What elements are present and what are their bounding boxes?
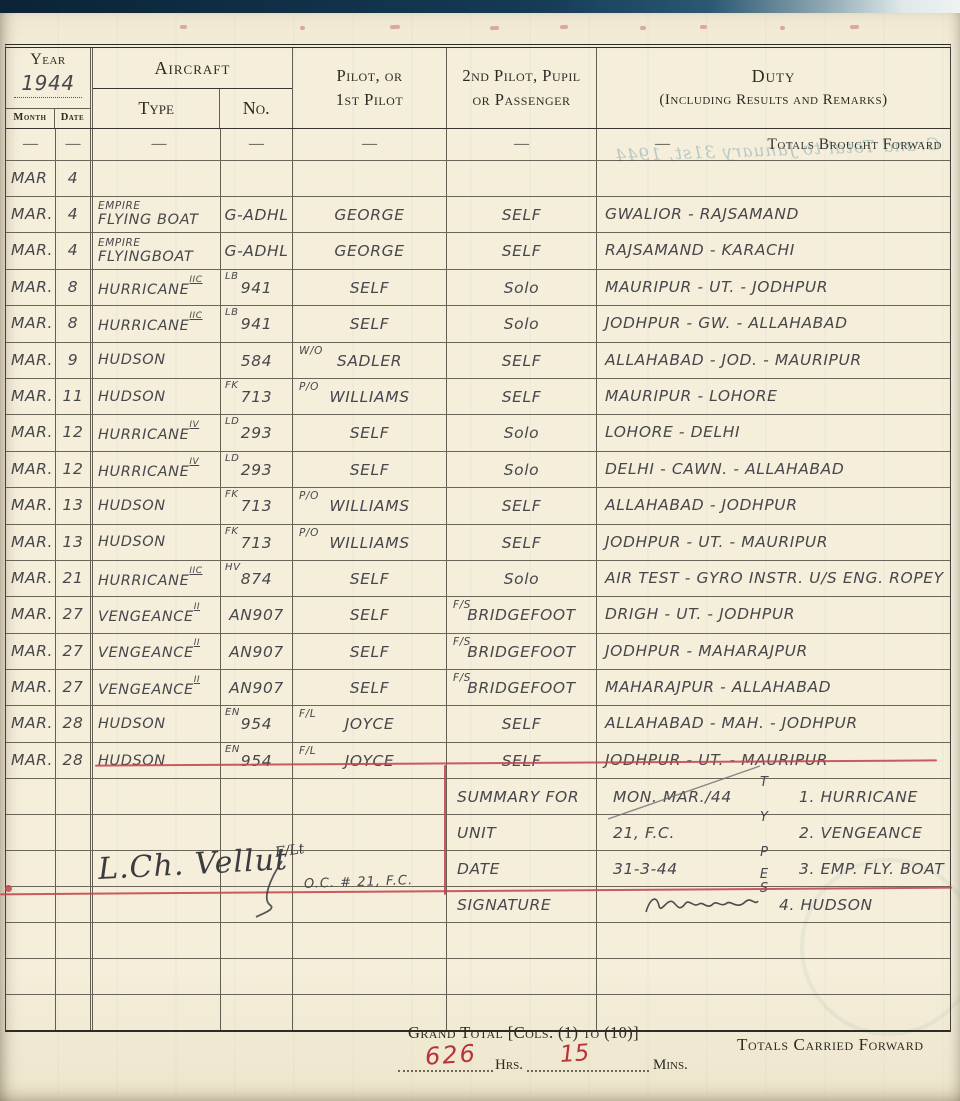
aircraft-no-cell: G-ADHL xyxy=(221,197,293,232)
duty-cell xyxy=(597,161,950,196)
pilot-cell: P/O WILLIAMS xyxy=(293,525,447,560)
flight-entry-row: MAR. 12 HURRICANEIV LD 293 SELF Solo DEL… xyxy=(6,452,950,488)
type-list-item-3: 3. EMP. FLY. BOAT xyxy=(799,852,944,886)
aircraft-no-cell: LD 293 xyxy=(221,452,293,487)
pilot-cell: SELF xyxy=(293,670,447,705)
date-cell: 13 xyxy=(56,488,93,523)
date-row: DATE 31-3-44 3. EMP. FLY. BOAT xyxy=(6,851,950,887)
date-cell: 13 xyxy=(56,525,93,560)
aircraft-no-cell xyxy=(221,959,293,994)
month-cell xyxy=(6,995,56,1030)
duty-cell: ALLAHABAD - JODHPUR xyxy=(597,488,950,523)
date-cell: 27 xyxy=(56,634,93,669)
serial-number: G-ADHL xyxy=(221,242,292,260)
types-vertical-letter: P xyxy=(757,845,771,860)
second-pilot-cell: SELF xyxy=(447,343,597,378)
month-cell: MAR. xyxy=(6,415,56,450)
pilot-label-line1: Pilot, or xyxy=(293,64,446,88)
pilot-cell: F/L JOYCE xyxy=(293,706,447,741)
duty-cell: ALLAHABAD - MAH. - JODHPUR xyxy=(597,706,950,741)
serial-prefix: LB xyxy=(225,271,239,282)
aircraft-no-cell: FK 713 xyxy=(221,488,293,523)
aircraft-type: HUDSON xyxy=(98,498,166,514)
red-vertical-rule xyxy=(444,765,446,895)
pilot-cell: SELF xyxy=(293,597,447,632)
date-cell xyxy=(56,995,93,1030)
serial-number: G-ADHL xyxy=(221,206,292,224)
pilot-cell xyxy=(293,923,447,958)
duty-cell: LOHORE - DELHI xyxy=(597,415,950,450)
minutes-label: Mins. xyxy=(653,1057,688,1074)
aircraft-no-cell: EN 954 xyxy=(221,706,293,741)
date-cell: 8 xyxy=(56,270,93,305)
aircraft-type-cell: HUDSON xyxy=(93,706,221,741)
duty-cell xyxy=(597,923,950,958)
flight-entry-row: MAR. 8 HURRICANEIIC LB 941 SELF Solo JOD… xyxy=(6,306,950,342)
flight-entry-row: MAR. 13 HUDSON FK 713 P/O WILLIAMS SELF … xyxy=(6,488,950,524)
aircraft-type: HUDSON xyxy=(98,716,166,732)
types-vertical-letter: E xyxy=(757,867,771,882)
aircraft-type-cell: HURRICANEIIC xyxy=(93,270,221,305)
month-cell xyxy=(6,923,56,958)
month-cell: MAR. xyxy=(6,379,56,414)
type-list-item-4: 4. HUDSON xyxy=(779,888,873,922)
logbook-page: Grand Total to January 31st, 1944 Year 1… xyxy=(0,13,960,1101)
flight-entry-row: MAR. 11 HUDSON FK 713 P/O WILLIAMS SELF … xyxy=(6,379,950,415)
flight-entry-row: MAR. 21 HURRICANEIIC HV 874 SELF Solo AI… xyxy=(6,561,950,597)
date-column-label: Date xyxy=(55,109,90,128)
date-cell: 4 xyxy=(56,233,93,268)
aircraft-type-cell: HURRICANEIV xyxy=(93,452,221,487)
duty-cell: ALLAHABAD - JOD. - MAURIPUR xyxy=(597,343,950,378)
duty-cell: DELHI - CAWN. - ALLAHABAD xyxy=(597,452,950,487)
summary-row: SUMMARY FOR MON. MAR./44 1. HURRICANE xyxy=(6,779,950,815)
duty-cell: AIR TEST - GYRO INSTR. U/S ENG. ROPEY xyxy=(597,561,950,596)
date-cell: 12 xyxy=(56,452,93,487)
aircraft-label: Aircraft xyxy=(93,48,292,89)
duty-cell xyxy=(597,995,950,1030)
second-pilot-cell: Solo xyxy=(447,270,597,305)
grand-total-hours-value: 626 xyxy=(424,1039,478,1071)
month-cell: MAR. xyxy=(6,488,56,523)
aircraft-no-cell: FK 713 xyxy=(221,379,293,414)
table-header-row: Year 1944 Month Date Aircraft Type No. P… xyxy=(6,48,950,129)
pilot-cell: SELF xyxy=(293,561,447,596)
second-pilot-cell xyxy=(447,923,597,958)
duty-cell: JODHPUR - GW. - ALLAHABAD xyxy=(597,306,950,341)
serial-prefix: LD xyxy=(225,453,239,464)
flight-entry-row: MAR. 27 VENGEANCEII AN907 SELF F/S BRIDG… xyxy=(6,597,950,633)
ink-smudge xyxy=(850,25,859,29)
duty-header-cell: Duty (Including Results and Remarks) xyxy=(597,48,950,128)
pilot-name: SELF xyxy=(293,279,446,297)
aircraft-type: HURRICANE xyxy=(98,427,189,443)
aircraft-type-cell xyxy=(93,161,221,196)
aircraft-mark: II xyxy=(194,638,200,648)
serial-number: AN907 xyxy=(221,679,292,697)
flight-entry-row: MAR. 4 EMPIRE FLYING BOAT G-ADHL GEORGE … xyxy=(6,197,950,233)
signature-scrawl xyxy=(643,892,761,918)
aircraft-type-cell: HUDSON xyxy=(93,743,221,778)
month-date-subheader: Month Date xyxy=(6,108,90,128)
pilot-cell: SELF xyxy=(293,270,447,305)
flight-entry-row: MAR. 4 EMPIRE FLYINGBOAT G-ADHL GEORGE S… xyxy=(6,233,950,269)
summary-label-cell: SUMMARY FOR xyxy=(447,779,597,814)
serial-prefix: FK xyxy=(225,489,239,500)
serial-prefix: FK xyxy=(225,380,239,391)
aircraft-no-cell xyxy=(221,161,293,196)
aircraft-type-cell xyxy=(93,923,221,958)
unit-label: UNIT xyxy=(447,824,496,842)
aircraft-type-cell xyxy=(93,851,221,886)
serial-prefix: LD xyxy=(225,416,239,427)
aircraft-type-cell xyxy=(93,815,221,850)
aircraft-type-cell: EMPIRE FLYINGBOAT xyxy=(93,233,221,268)
duty-label-line1: Duty xyxy=(597,64,950,88)
aircraft-type-cell: HUDSON xyxy=(93,379,221,414)
year-header-cell: Year 1944 Month Date xyxy=(6,48,93,128)
type-column-label: Type xyxy=(93,89,220,128)
second-pilot-cell: SELF xyxy=(447,743,597,778)
second-pilot-name: SELF xyxy=(447,352,596,370)
duty-cell: JODHPUR - UT. - MAURIPUR xyxy=(597,525,950,560)
flight-entry-row: MAR. 12 HURRICANEIV LD 293 SELF Solo LOH… xyxy=(6,415,950,451)
aircraft-no-cell: FK 713 xyxy=(221,525,293,560)
ink-smudge xyxy=(640,26,646,30)
month-cell: MAR. xyxy=(6,634,56,669)
aircraft-no-cell: AN907 xyxy=(221,634,293,669)
pilot-rank-prefix: F/L xyxy=(299,745,316,757)
month-cell: MAR. xyxy=(6,706,56,741)
ink-smudge xyxy=(490,26,499,30)
aircraft-type: HURRICANE xyxy=(98,573,189,589)
month-column-label: Month xyxy=(6,109,55,128)
serial-number: AN907 xyxy=(221,606,292,624)
pilot-cell: SELF xyxy=(293,634,447,669)
month-cell xyxy=(6,851,56,886)
date-cell: 21 xyxy=(56,561,93,596)
aircraft-no-cell: LB 941 xyxy=(221,270,293,305)
aircraft-type-cell: VENGEANCEII xyxy=(93,597,221,632)
second-pilot-name: Solo xyxy=(447,424,596,442)
pilot-name: GEORGE xyxy=(293,242,446,260)
date-cell: 11 xyxy=(56,379,93,414)
ink-smudge xyxy=(180,25,187,29)
second-pilot-cell: F/S BRIDGEFOOT xyxy=(447,634,597,669)
totals-brought-forward-row: — — — — — — — Totals Brought Forward xyxy=(6,129,950,161)
aircraft-mark: IIC xyxy=(189,311,202,321)
aircraft-type: HURRICANE xyxy=(98,463,189,479)
ink-smudge xyxy=(700,25,707,29)
serial-number: 584 xyxy=(221,352,292,370)
pilot-cell: GEORGE xyxy=(293,197,447,232)
year-value: 1944 xyxy=(14,71,81,98)
ink-smudge xyxy=(390,25,400,29)
month-cell xyxy=(6,779,56,814)
flight-entry-row: MAR. 27 VENGEANCEII AN907 SELF F/S BRIDG… xyxy=(6,670,950,706)
aircraft-type-line1: EMPIRE xyxy=(98,238,220,249)
grand-total-label: Grand Total [Cols. (1) to (10)] xyxy=(408,1023,639,1043)
duty-cell: MAURIPUR - UT. - JODHPUR xyxy=(597,270,950,305)
date-cell: — xyxy=(56,129,93,160)
date-cell: 4 xyxy=(56,161,93,196)
duty-cell: DRIGH - UT. - JODHPUR xyxy=(597,597,950,632)
date-cell: 12 xyxy=(56,415,93,450)
date-cell: 28 xyxy=(56,743,93,778)
book-binding-edge xyxy=(0,0,960,13)
second-pilot-cell: Solo xyxy=(447,415,597,450)
month-cell: MAR. xyxy=(6,670,56,705)
pilot-rank-prefix: P/O xyxy=(299,527,319,539)
month-cell: MAR. xyxy=(6,197,56,232)
duty-dash: — xyxy=(655,136,670,153)
aircraft-mark: II xyxy=(194,675,200,685)
signature-label-cell: SIGNATURE xyxy=(447,887,597,922)
aircraft-mark: IIC xyxy=(189,566,202,576)
second-pilot-cell xyxy=(447,161,597,196)
flight-entry-row: MAR. 13 HUDSON FK 713 P/O WILLIAMS SELF … xyxy=(6,525,950,561)
second-pilot-name: SELF xyxy=(447,388,596,406)
summary-value-cell: MON. MAR./44 1. HURRICANE xyxy=(597,779,950,814)
aircraft-type: HURRICANE xyxy=(98,318,189,334)
aircraft-type-cell: HURRICANEIIC xyxy=(93,306,221,341)
types-vertical-letter: Y xyxy=(757,810,771,825)
pilot-name: SELF xyxy=(293,424,446,442)
date-cell xyxy=(56,815,93,850)
pilot-cell: F/L JOYCE xyxy=(293,743,447,778)
types-vertical-letter: T xyxy=(757,775,771,790)
serial-prefix: FK xyxy=(225,526,239,537)
aircraft-no-cell: AN907 xyxy=(221,670,293,705)
date-cell: 28 xyxy=(56,706,93,741)
signature-label: SIGNATURE xyxy=(447,896,551,914)
month-cell: MAR. xyxy=(6,306,56,341)
pilot-cell: SELF xyxy=(293,452,447,487)
aircraft-type-cell xyxy=(93,779,221,814)
totals-carried-forward-label: Totals Carried Forward xyxy=(737,1035,924,1055)
second-pilot-cell: Solo xyxy=(447,561,597,596)
duty-cell: — Totals Brought Forward xyxy=(597,129,950,160)
date-cell: 8 xyxy=(56,306,93,341)
pilot-cell xyxy=(293,851,447,886)
pilot-header-cell: Pilot, or 1st Pilot xyxy=(293,48,447,128)
red-ink-dot xyxy=(5,885,12,892)
pilot-cell: W/O SADLER xyxy=(293,343,447,378)
month-cell: MAR. xyxy=(6,561,56,596)
second-pilot-name: Solo xyxy=(447,315,596,333)
second-pilot-cell: SELF xyxy=(447,233,597,268)
aircraft-type-cell: EMPIRE FLYING BOAT xyxy=(93,197,221,232)
flight-entry-row: MAR. 27 VENGEANCEII AN907 SELF F/S BRIDG… xyxy=(6,634,950,670)
aircraft-type-cell: HUDSON xyxy=(93,343,221,378)
duty-cell: GWALIOR - RAJSAMAND xyxy=(597,197,950,232)
type-list-item-1: 1. HURRICANE xyxy=(799,780,918,814)
pilot-name: SELF xyxy=(293,643,446,661)
second-pilot-cell: Solo xyxy=(447,452,597,487)
aircraft-no-cell xyxy=(221,923,293,958)
aircraft-type: HUDSON xyxy=(98,534,166,550)
second-pilot-cell: F/S BRIDGEFOOT xyxy=(447,597,597,632)
aircraft-type-cell: HURRICANEIV xyxy=(93,415,221,450)
minutes-dotted-line xyxy=(527,1069,649,1072)
aircraft-type: FLYING BOAT xyxy=(98,212,199,228)
date-cell: 27 xyxy=(56,597,93,632)
month-cell: MAR xyxy=(6,161,56,196)
aircraft-no-cell xyxy=(221,995,293,1030)
serial-prefix: EN xyxy=(225,707,240,718)
second-pilot-name: SELF xyxy=(447,206,596,224)
duty-cell: MAHARAJPUR - ALLAHABAD xyxy=(597,670,950,705)
month-cell: — xyxy=(6,129,56,160)
aircraft-header-cell: Aircraft Type No. xyxy=(93,48,293,128)
pilot-cell xyxy=(293,779,447,814)
second-pilot-cell: F/S BRIDGEFOOT xyxy=(447,670,597,705)
second-pilot-name: SELF xyxy=(447,534,596,552)
duty-cell: RAJSAMAND - KARACHI xyxy=(597,233,950,268)
empty-row xyxy=(6,959,950,995)
aircraft-type-cell xyxy=(93,959,221,994)
summary-for-label: SUMMARY FOR xyxy=(447,788,579,806)
ink-smudge xyxy=(300,26,305,30)
aircraft-no-cell: 584 xyxy=(221,343,293,378)
hours-dotted-line xyxy=(398,1069,493,1072)
serial-prefix: EN xyxy=(225,744,240,755)
pilot-cell xyxy=(293,161,447,196)
aircraft-no-cell: AN907 xyxy=(221,597,293,632)
pilot-name: GEORGE xyxy=(293,206,446,224)
summary-month-value: MON. MAR./44 xyxy=(605,780,771,814)
date-value: 31-3-44 xyxy=(605,852,771,886)
aircraft-type-cell: — xyxy=(93,129,221,160)
second-pilot-cell: SELF xyxy=(447,525,597,560)
pilot-cell: SELF xyxy=(293,415,447,450)
pilot-label-line2: 1st Pilot xyxy=(293,88,446,112)
aircraft-type: HUDSON xyxy=(98,352,166,368)
duty-cell: MAURIPUR - LOHORE xyxy=(597,379,950,414)
no-column-label: No. xyxy=(220,89,292,128)
aircraft-type-cell: VENGEANCEII xyxy=(93,670,221,705)
month-cell: MAR. xyxy=(6,743,56,778)
second-pilot-cell: SELF xyxy=(447,706,597,741)
aircraft-mark: IV xyxy=(189,457,199,467)
serial-number: AN907 xyxy=(221,643,292,661)
date-cell xyxy=(56,851,93,886)
pilot-cell: P/O WILLIAMS xyxy=(293,488,447,523)
pilot-cell: — xyxy=(293,129,447,160)
second-pilot-rank-prefix: F/S xyxy=(453,672,471,684)
pilot-name: SELF xyxy=(293,570,446,588)
aircraft-mark: IIC xyxy=(189,275,202,285)
month-cell: MAR. xyxy=(6,270,56,305)
flight-entry-row: MAR. 9 HUDSON 584 W/O SADLER SELF ALLAHA… xyxy=(6,343,950,379)
pilot-name: SELF xyxy=(293,606,446,624)
flight-entry-row: MAR. 28 HUDSON EN 954 F/L JOYCE SELF ALL… xyxy=(6,706,950,742)
unit-value-cell: 21, F.C. 2. VENGEANCE xyxy=(597,815,950,850)
duty-cell: JODHPUR - MAHARAJPUR xyxy=(597,634,950,669)
second-pilot-cell: Solo xyxy=(447,306,597,341)
pilot-name: SELF xyxy=(293,679,446,697)
month-cell: MAR. xyxy=(6,525,56,560)
month-cell: MAR. xyxy=(6,452,56,487)
date-cell: 4 xyxy=(56,197,93,232)
aircraft-type: FLYINGBOAT xyxy=(98,249,193,265)
aircraft-type-cell: VENGEANCEII xyxy=(93,634,221,669)
date-cell xyxy=(56,779,93,814)
unit-value: 21, F.C. xyxy=(605,816,771,850)
aircraft-mark: II xyxy=(194,602,200,612)
aircraft-no-cell: — xyxy=(221,129,293,160)
month-cell: MAR. xyxy=(6,233,56,268)
aircraft-no-cell xyxy=(221,779,293,814)
aircraft-type: VENGEANCE xyxy=(98,609,194,625)
second-pilot-name: SELF xyxy=(447,715,596,733)
second-pilot-name: Solo xyxy=(447,461,596,479)
aircraft-mark: IV xyxy=(189,420,199,430)
second-pilot-cell: SELF xyxy=(447,197,597,232)
second-pilot-header-cell: 2nd Pilot, Pupil or Passenger xyxy=(447,48,597,128)
second-pilot-name: SELF xyxy=(447,242,596,260)
ink-smudge xyxy=(560,25,568,29)
aircraft-type: HUDSON xyxy=(98,389,166,405)
totals-brought-forward-label: Totals Brought Forward xyxy=(767,136,942,154)
pilot-rank-prefix: P/O xyxy=(299,381,319,393)
date-value-cell: 31-3-44 3. EMP. FLY. BOAT xyxy=(597,851,950,886)
pilot-name: SELF xyxy=(293,315,446,333)
aircraft-type-cell: HURRICANEIIC xyxy=(93,561,221,596)
ink-smudge xyxy=(780,26,785,30)
aircraft-type: HURRICANE xyxy=(98,281,189,297)
aircraft-no-cell: LD 293 xyxy=(221,415,293,450)
aircraft-no-cell: LB 941 xyxy=(221,306,293,341)
aircraft-no-cell: G-ADHL xyxy=(221,233,293,268)
logbook-table: Year 1944 Month Date Aircraft Type No. P… xyxy=(5,44,951,1032)
second-pilot-name: Solo xyxy=(447,570,596,588)
pilot-rank-prefix: W/O xyxy=(299,345,323,357)
month-cell: MAR. xyxy=(6,343,56,378)
second-pilot-name: SELF xyxy=(447,497,596,515)
pilot-cell: SELF xyxy=(293,306,447,341)
second-pilot-cell: SELF xyxy=(447,488,597,523)
second-pilot-cell xyxy=(447,959,597,994)
date-cell xyxy=(56,959,93,994)
month-cell: MAR. xyxy=(6,597,56,632)
serial-prefix: HV xyxy=(225,562,241,573)
date-cell: 9 xyxy=(56,343,93,378)
signature-value-cell: 4. HUDSON xyxy=(597,887,950,922)
pilot-rank-prefix: P/O xyxy=(299,490,319,502)
hours-label: Hrs. xyxy=(495,1057,523,1074)
duty-label-line2: (Including Results and Remarks) xyxy=(597,88,950,112)
aircraft-type-line1: EMPIRE xyxy=(98,201,220,212)
aircraft-subheader: Type No. xyxy=(93,89,292,128)
date-label-cell: DATE xyxy=(447,851,597,886)
aircraft-type-cell: HUDSON xyxy=(93,488,221,523)
aircraft-no-cell: HV 874 xyxy=(221,561,293,596)
aircraft-type-cell xyxy=(93,995,221,1030)
type-list-item-2: 2. VENGEANCE xyxy=(799,816,923,850)
flight-entry-row: MAR. 8 HURRICANEIIC LB 941 SELF Solo MAU… xyxy=(6,270,950,306)
month-cell xyxy=(6,815,56,850)
pilot-cell xyxy=(293,815,447,850)
aircraft-type: VENGEANCE xyxy=(98,682,194,698)
grand-total-minutes-value: 15 xyxy=(559,1040,590,1068)
pilot-cell: P/O WILLIAMS xyxy=(293,379,447,414)
date-cell: 27 xyxy=(56,670,93,705)
second-pilot-label-line2: or Passenger xyxy=(447,88,596,112)
pilot-cell xyxy=(293,959,447,994)
aircraft-no-cell: EN 954 xyxy=(221,743,293,778)
second-pilot-cell: SELF xyxy=(447,379,597,414)
